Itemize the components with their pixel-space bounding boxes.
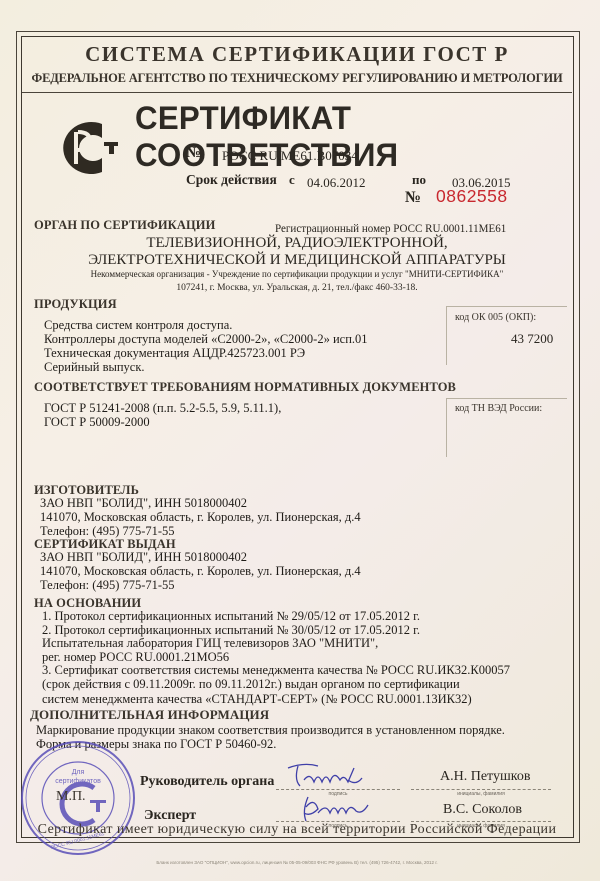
basis-line: 3. Сертификат соответствия системы менед…	[38, 664, 510, 678]
valid-from-date: 04.06.2012	[307, 175, 366, 191]
issued-to-lines: ЗАО НВП "БОЛИД", ИНН 5018000402 141070, …	[40, 550, 361, 592]
product-line: Техническая документация АЦДР.425723.001…	[44, 346, 368, 360]
additional-line: Маркирование продукции знаком соответств…	[36, 723, 505, 737]
cert-number: РОСС RU.МЕ61.В07034	[222, 148, 358, 164]
basis-lines: 1. Протокол сертификационных испытаний №…	[38, 610, 510, 707]
head-signature-icon	[284, 760, 366, 790]
product-line: Контроллеры доступа моделей «С2000-2», «…	[44, 332, 368, 346]
basis-line: 2. Протокол сертификационных испытаний №…	[38, 624, 510, 638]
validity-from-label: с	[289, 172, 295, 188]
validity-label: Срок действия	[186, 172, 277, 188]
agency-name: ФЕДЕРАЛЬНОЕ АГЕНТСТВО ПО ТЕХНИЧЕСКОМУ РЕ…	[22, 71, 572, 86]
form-number-label: №	[405, 189, 421, 207]
legal-notice: Сертификат имеет юридическую силу на все…	[22, 822, 572, 838]
head-label: Руководитель органа	[140, 774, 274, 790]
body-address: 107241, г. Москва, ул. Уральская, д. 21,…	[22, 283, 572, 293]
manufacturer-line: 141070, Московская область, г. Королев, …	[40, 510, 361, 524]
product-heading: ПРОДУКЦИЯ	[34, 297, 117, 312]
expert-name: В.С. Соколов	[443, 802, 522, 818]
tnved-code-box: код ТН ВЭД России:	[446, 398, 567, 457]
form-printer-info: Бланк изготовлен ЗАО "ОПЦИОН", www.opcio…	[22, 860, 572, 865]
basis-line: систем менеджмента качества «СТАНДАРТ-СЕ…	[38, 693, 510, 707]
cert-number-label: №	[186, 145, 201, 162]
issued-to-line: 141070, Московская область, г. Королев, …	[40, 564, 361, 578]
basis-line: (срок действия с 09.11.2009г. по 09.11.2…	[38, 678, 510, 692]
issued-to-line: ЗАО НВП "БОЛИД", ИНН 5018000402	[40, 550, 361, 564]
additional-info-heading: ДОПОЛНИТЕЛЬНАЯ ИНФОРМАЦИЯ	[30, 707, 269, 723]
basis-line: 1. Протокол сертификационных испытаний №…	[38, 610, 510, 624]
svg-text:Для: Для	[72, 769, 85, 776]
basis-line: рег. номер РОСС RU.0001.21МО56	[38, 651, 510, 665]
product-line: Средства систем контроля доступа.	[44, 318, 368, 332]
header-divider	[22, 92, 572, 93]
manufacturer-lines: ЗАО НВП "БОЛИД", ИНН 5018000402 141070, …	[40, 496, 361, 538]
validity-to-label: по	[412, 172, 426, 188]
rst-logo-icon	[52, 118, 120, 178]
head-name-line	[411, 789, 551, 790]
seal-placeholder-label: М.П.	[56, 789, 86, 805]
standard-line: ГОСТ Р 51241-2008 (п.п. 5.2-5.5, 5.9, 5.…	[44, 401, 281, 415]
manufacturer-line: ЗАО НВП "БОЛИД", ИНН 5018000402	[40, 496, 361, 510]
okp-code-value: 43 7200	[511, 331, 553, 347]
svg-text:сертификатов: сертификатов	[55, 778, 101, 785]
product-lines: Средства систем контроля доступа. Контро…	[44, 318, 368, 374]
registration-number: Регистрационный номер РОСС RU.0001.11МЕ6…	[275, 221, 506, 236]
body-organization: Некоммерческая организация - Учреждение …	[36, 270, 559, 280]
tnved-code-label: код ТН ВЭД России:	[455, 403, 542, 414]
okp-code-box: код ОК 005 (ОКП): 43 7200	[446, 306, 567, 365]
expert-signature-icon	[298, 793, 370, 823]
manufacturer-line: Телефон: (495) 775-71-55	[40, 524, 361, 538]
head-name-caption: инициалы, фамилия	[411, 791, 551, 797]
basis-line: Испытательная лаборатория ГИЦ телевизоро…	[38, 637, 510, 651]
product-line: Серийный выпуск.	[44, 360, 368, 374]
certification-body-heading: ОРГАН ПО СЕРТИФИКАЦИИ	[34, 218, 215, 233]
compliance-lines: ГОСТ Р 51241-2008 (п.п. 5.2-5.5, 5.9, 5.…	[44, 401, 281, 429]
form-serial-number: 0862558	[436, 186, 508, 207]
system-title: СИСТЕМА СЕРТИФИКАЦИИ ГОСТ Р	[22, 42, 572, 67]
body-name-line1: ТЕЛЕВИЗИОННОЙ, РАДИОЭЛЕКТРОННОЙ,	[22, 235, 572, 252]
issued-to-line: Телефон: (495) 775-71-55	[40, 578, 361, 592]
standard-line: ГОСТ Р 50009-2000	[44, 415, 281, 429]
body-name-line2: ЭЛЕКТРОТЕХНИЧЕСКОЙ И МЕДИЦИНСКОЙ АППАРАТ…	[22, 252, 572, 269]
certificate-title: СЕРТИФИКАТ СООТВЕТСТВИЯ	[135, 100, 581, 174]
okp-code-label: код ОК 005 (ОКП):	[455, 312, 536, 323]
compliance-heading: СООТВЕТСТВУЕТ ТРЕБОВАНИЯМ НОРМАТИВНЫХ ДО…	[34, 380, 456, 395]
head-name: А.Н. Петушков	[440, 769, 530, 785]
